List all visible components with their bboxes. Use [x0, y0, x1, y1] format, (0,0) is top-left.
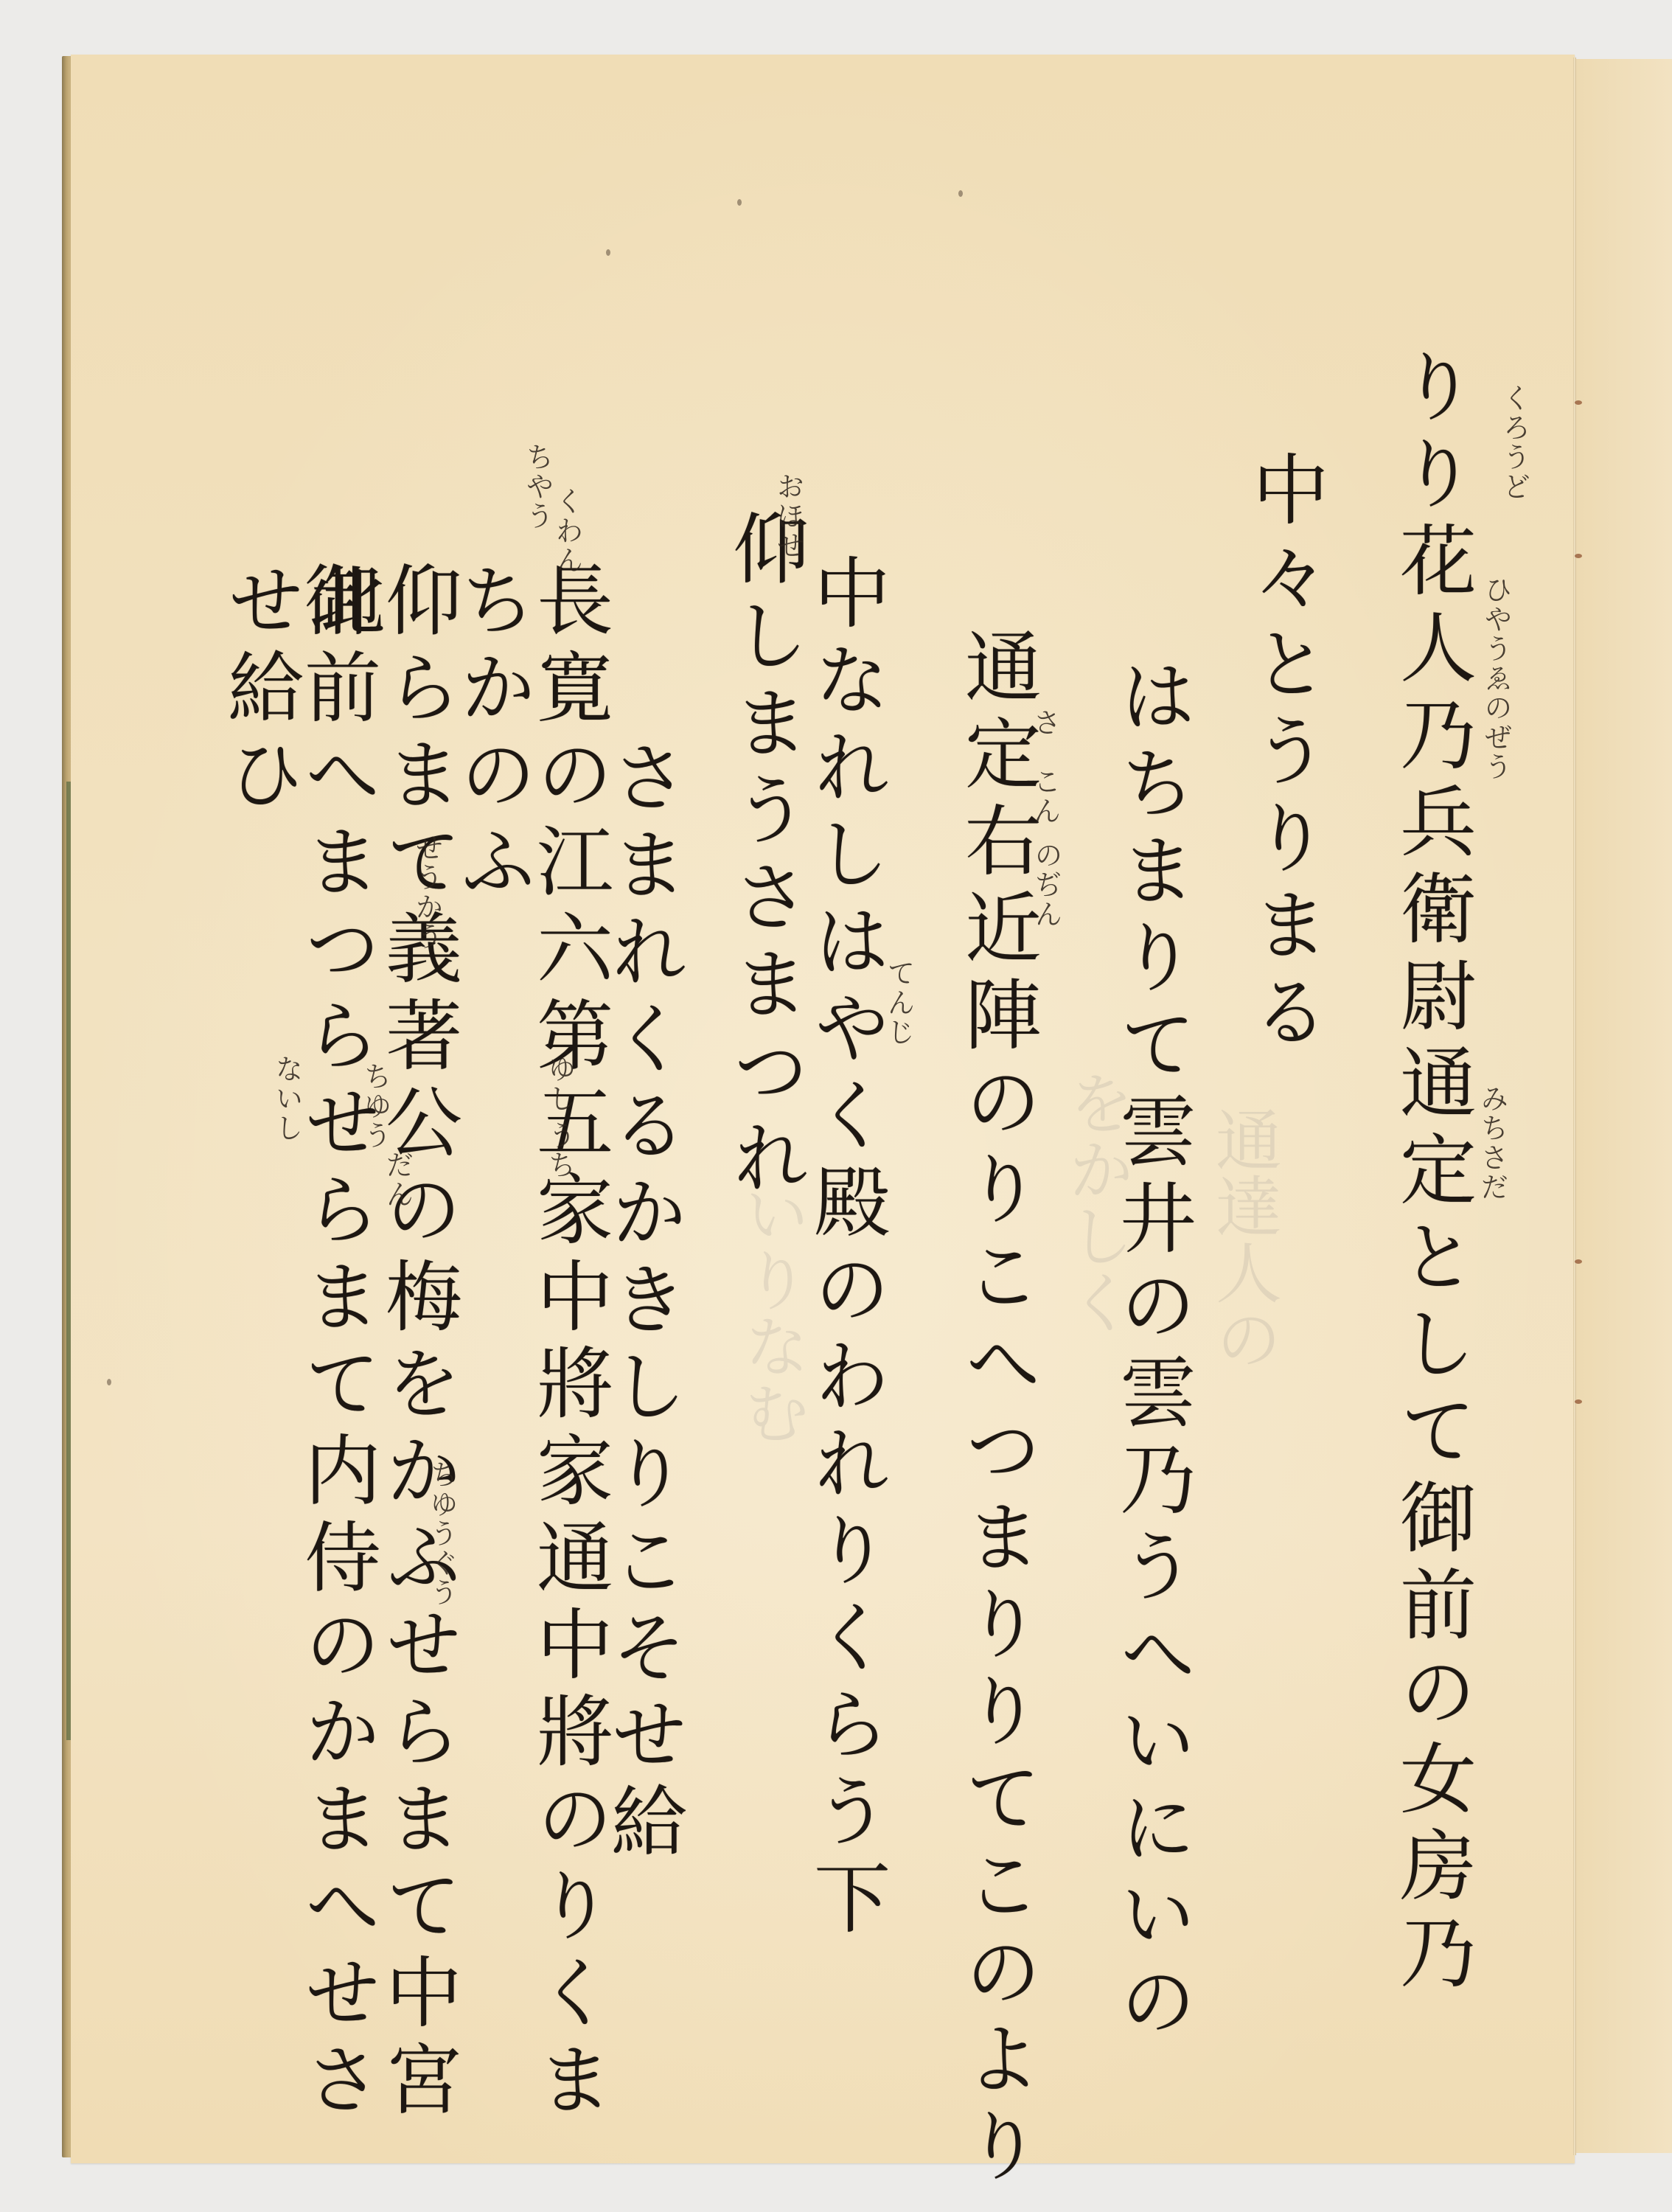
- paper-speck: [107, 1379, 111, 1385]
- text-column-2: 中々とうりまる: [1246, 450, 1323, 1059]
- text-column-5: 中なれしはやく殿のわれりくらう下: [807, 553, 884, 1945]
- ruby-annotation: ゆし: [546, 1054, 574, 1113]
- ruby-annotation: おほせ: [774, 472, 802, 560]
- text-column-1: りり花人乃兵衛尉通定として御前の女房乃: [1393, 347, 1470, 2000]
- binding-hole: [1575, 1259, 1582, 1264]
- text-column-10: 御前へまつらせらまて内侍のかまへせさせ給ひ: [221, 560, 375, 2212]
- text-column-7: さまれくるかきしりこそせ給: [605, 737, 681, 1868]
- ruby-annotation: さ: [1031, 708, 1059, 737]
- ruby-annotation: ひやうゑのぜう: [1482, 575, 1510, 782]
- ruby-annotation: せうかう: [413, 833, 441, 951]
- ruby-annotation: みちさだ: [1478, 1084, 1506, 1202]
- ruby-annotation: のぢん: [1032, 841, 1060, 929]
- binding-hole: [1575, 400, 1582, 405]
- ruby-annotation: てんじ: [885, 959, 913, 1047]
- ruby-annotation: ないし: [273, 1054, 301, 1143]
- binding-hole: [1575, 554, 1582, 558]
- ruby-annotation: だん: [383, 1150, 411, 1209]
- text-column-3: はちまりて雲井の雲乃うへいにいの: [1113, 656, 1190, 2048]
- show-through-text: 通達人の: [1209, 1106, 1275, 1371]
- paper-speck: [958, 190, 963, 197]
- binding-hole: [1575, 1399, 1582, 1404]
- ruby-annotation: くわん: [553, 487, 581, 575]
- next-page-edge: [1576, 59, 1672, 2153]
- ruby-annotation: ちやう: [523, 442, 551, 531]
- show-through-text: いりなむ: [737, 1180, 804, 1445]
- ruby-annotation: ちゆうぐう: [428, 1460, 456, 1607]
- paper-speck: [737, 199, 742, 206]
- text-column-6: 仰しまうさまつれ: [726, 509, 803, 1205]
- ruby-annotation: くろうど: [1500, 383, 1528, 501]
- text-column-8: 長寛の江六第五家中將家通中將のりくまちかのふ: [453, 560, 607, 2212]
- ruby-annotation: こん: [1031, 767, 1059, 826]
- ruby-annotation: うち: [546, 1121, 574, 1180]
- paper-speck: [606, 249, 610, 256]
- text-column-4: 通定右近陣のりこへつまりりてこのより: [958, 627, 1035, 2193]
